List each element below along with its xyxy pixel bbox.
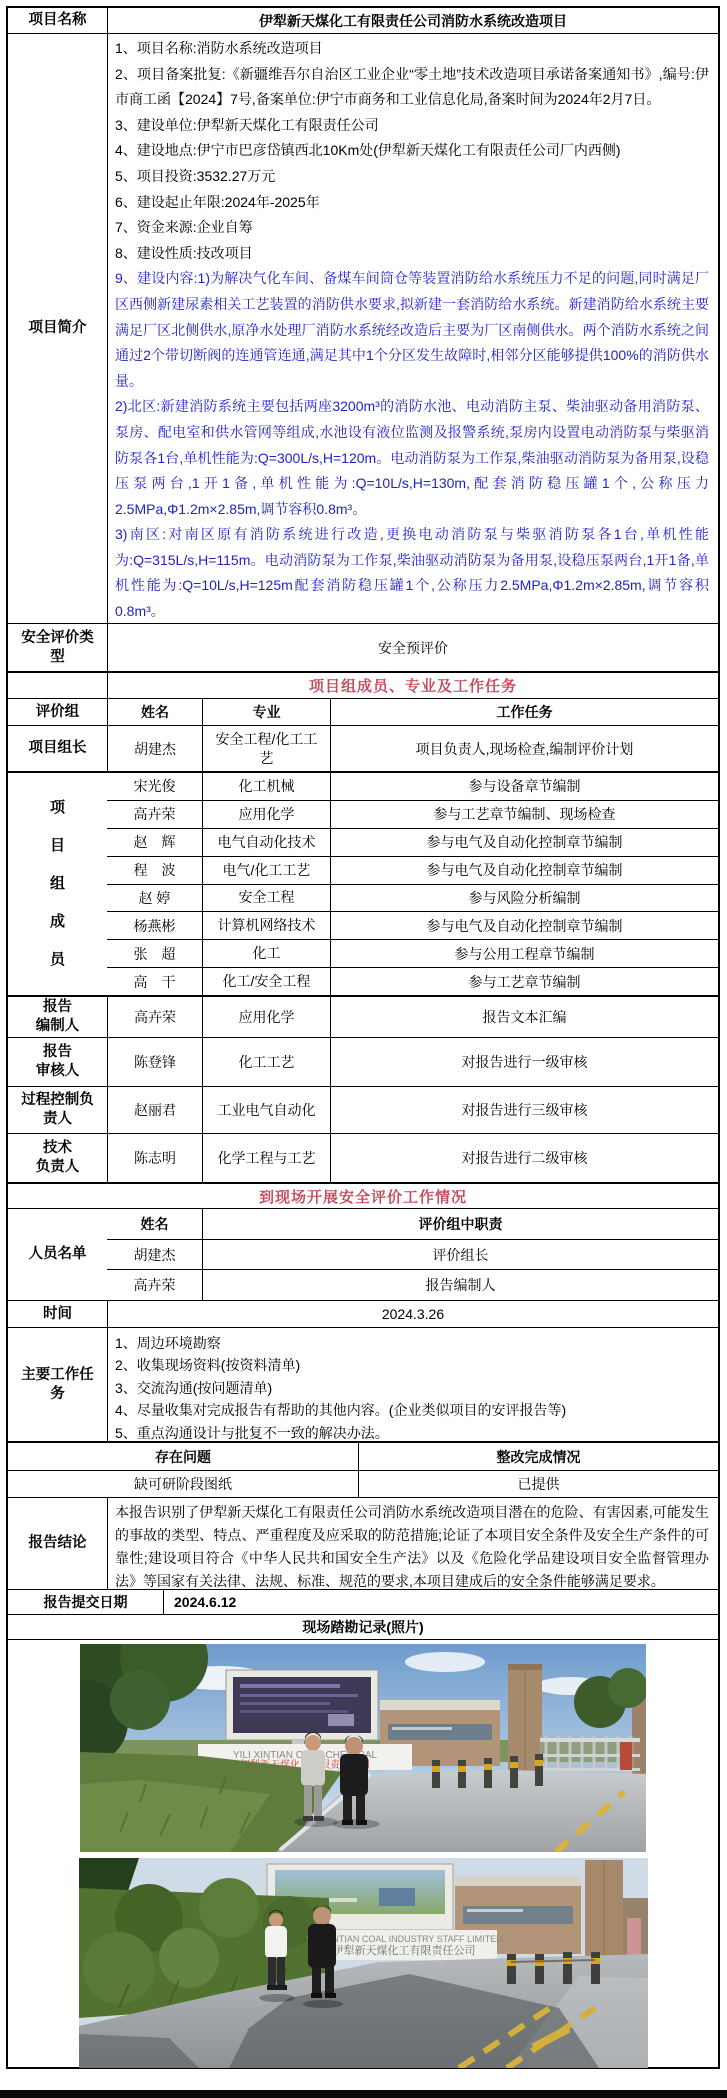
col-name: 姓名 — [107, 699, 202, 725]
row-project-name: 项目名称 伊犁新天煤化工有限责任公司消防水系统改造项目 — [8, 8, 718, 33]
project-intro-label: 项目简介 — [8, 34, 107, 623]
conclusion-text: 本报告识别了伊犁新天煤化工有限责任公司消防水系统改造项目潜在的危险、有害因素,可… — [107, 1498, 718, 1589]
intro-item-north-zone: 2)北区:新建消防系统主要包括两座3200m³的消防水池、电动消防主泵、柴油驱动… — [115, 394, 709, 522]
intro-item: 5、项目投资:3532.27万元 — [115, 164, 709, 190]
row-eval-type: 安全评价类 型 安全预评价 — [8, 623, 718, 671]
row-personnel: 人员名单 姓名 评价组中职责 胡建杰 评价组长 高卉荣 报告编制人 — [8, 1208, 718, 1300]
reviewer-label: 报告 审核人 — [8, 1038, 107, 1086]
issue-value: 缺可研阶段图纸 — [8, 1471, 358, 1497]
intro-item: 2、项目备案批复:《新疆维吾尔自治区工业企业“零土地”技术改造项目承诺备案通知书… — [115, 62, 709, 113]
table-row: 张 超化工参与公用工程章节编制 — [107, 939, 718, 967]
main-tasks-label: 主要工作任 务 — [8, 1328, 107, 1441]
table-row: 高 干化工/安全工程参与工艺章节编制 — [107, 967, 718, 995]
reviewer-name: 陈登锋 — [107, 1038, 202, 1086]
member-major: 化工/安全工程 — [202, 968, 330, 995]
personnel-label: 人员名单 — [8, 1209, 107, 1300]
eval-type-label: 安全评价类 型 — [8, 624, 107, 671]
table-row: 赵 辉电气自动化技术参与电气及自动化控制章节编制 — [107, 828, 718, 856]
table-row: 杨燕彬计算机网络技术参与电气及自动化控制章节编制 — [107, 911, 718, 939]
rectify-value: 已提供 — [358, 1471, 718, 1497]
row-submit-date: 报告提交日期 2024.6.12 — [8, 1589, 718, 1614]
process-controller-name: 赵丽君 — [107, 1087, 202, 1133]
site-visit-header: 到现场开展安全评价工作情况 — [8, 1184, 718, 1208]
intro-item: 6、建设起止年限:2024年-2025年 — [115, 190, 709, 216]
team-members-label: 项 目 组 成 员 — [8, 773, 107, 995]
issues-header: 存在问题 — [8, 1443, 358, 1470]
intro-item-construction: 9、建设内容:1)为解决气化车间、备煤车间筒仓等装置消防给水系统压力不足的问题,… — [115, 266, 709, 394]
project-name-label: 项目名称 — [8, 8, 107, 33]
col-major: 专业 — [202, 699, 330, 725]
member-name: 高 干 — [107, 968, 202, 995]
task-item: 5、重点沟通设计与批复不一致的解决办法。 — [115, 1422, 710, 1444]
task-item: 3、交流沟通(按问题清单) — [115, 1377, 710, 1399]
photos-header: 现场踏勘记录(照片) — [8, 1615, 718, 1639]
intro-item: 7、资金来源:企业自筹 — [115, 215, 709, 241]
intro-item-south-zone: 3)南区:对南区原有消防系统进行改造,更换电动消防泵与柴驱消防泵各1台,单机性能… — [115, 522, 709, 623]
team-section-spacer — [8, 673, 107, 698]
intro-item: 8、建设性质:技改项目 — [115, 241, 709, 267]
project-intro-text: 1、项目名称:消防水系统改造项目 2、项目备案批复:《新疆维吾尔自治区工业企业“… — [107, 34, 718, 623]
tech-lead-task: 对报告进行二级审核 — [330, 1134, 718, 1182]
member-task: 参与风险分析编制 — [330, 885, 718, 912]
tech-lead-major: 化学工程与工艺 — [202, 1134, 330, 1182]
table-row: 程 波电气/化工工艺参与电气及自动化控制章节编制 — [107, 856, 718, 884]
site-photo-1: YILI XINTIAN COAL CHEMICAL 伊犁新天煤化工有限责任公司 — [80, 1644, 646, 1852]
col-group: 评价组 — [8, 699, 107, 725]
team-members-rows: 宋光俊化工机械参与设备章节编制 高卉荣应用化学参与工艺章节编制、现场检查 赵 辉… — [107, 773, 718, 995]
table-row: 高卉荣 报告编制人 — [107, 1269, 718, 1300]
row-site-visit-header: 到现场开展安全评价工作情况 — [8, 1182, 718, 1208]
task-item: 2、收集现场资料(按资料清单) — [115, 1354, 710, 1376]
intro-item: 1、项目名称:消防水系统改造项目 — [115, 36, 709, 62]
personnel-name: 胡建杰 — [107, 1240, 202, 1270]
member-name: 赵 辉 — [107, 829, 202, 856]
table-row: 胡建杰 评价组长 — [107, 1239, 718, 1270]
eval-type-value: 安全预评价 — [107, 624, 718, 671]
table-row: 高卉荣应用化学参与工艺章节编制、现场检查 — [107, 800, 718, 828]
member-task: 参与工艺章节编制、现场检查 — [330, 801, 718, 828]
row-photos-header: 现场踏勘记录(照片) — [8, 1614, 718, 1639]
table-row: 赵 婷安全工程参与风险分析编制 — [107, 884, 718, 912]
intro-item: 4、建设地点:伊宁市巴彦岱镇西北10Km处(伊犁新天煤化工有限责任公司厂内西侧) — [115, 138, 709, 164]
member-major: 安全工程 — [202, 885, 330, 912]
bottom-edge-bar — [0, 2090, 727, 2098]
row-conclusion: 报告结论 本报告识别了伊犁新天煤化工有限责任公司消防水系统改造项目潜在的危险、有… — [8, 1497, 718, 1589]
member-task: 参与电气及自动化控制章节编制 — [330, 857, 718, 884]
main-tasks-list: 1、周边环境勘察 2、收集现场资料(按资料清单) 3、交流沟通(按问题清单) 4… — [107, 1328, 718, 1441]
member-task: 参与公用工程章节编制 — [330, 940, 718, 967]
row-photos: YILI XINTIAN COAL CHEMICAL 伊犁新天煤化工有限责任公司 — [8, 1639, 718, 2067]
row-process-controller: 过程控制负 责人 赵丽君 工业电气自动化 对报告进行三级审核 — [8, 1086, 718, 1133]
personnel-columns: 姓名 评价组中职责 — [107, 1209, 718, 1239]
compiler-major: 应用化学 — [202, 997, 330, 1037]
time-value: 2024.3.26 — [107, 1301, 718, 1327]
col-personnel-duty: 评价组中职责 — [202, 1209, 718, 1239]
member-major: 应用化学 — [202, 801, 330, 828]
task-item: 4、尽量收集对完成报告有帮助的其他内容。(企业类似项目的安评报告等) — [115, 1399, 710, 1421]
project-name-value: 伊犁新天煤化工有限责任公司消防水系统改造项目 — [107, 8, 718, 33]
compiler-label: 报告 编制人 — [8, 997, 107, 1037]
row-report-reviewer: 报告 审核人 陈登锋 化工工艺 对报告进行一级审核 — [8, 1037, 718, 1086]
row-issues-header: 存在问题 整改完成情况 — [8, 1441, 718, 1470]
reviewer-task: 对报告进行一级审核 — [330, 1038, 718, 1086]
compiler-task: 报告文本汇编 — [330, 997, 718, 1037]
row-team-section-header: 项目组成员、专业及工作任务 — [8, 671, 718, 698]
intro-item: 3、建设单位:伊犁新天煤化工有限责任公司 — [115, 113, 709, 139]
personnel-name: 高卉荣 — [107, 1270, 202, 1300]
reviewer-major: 化工工艺 — [202, 1038, 330, 1086]
photos-area: YILI XINTIAN COAL CHEMICAL 伊犁新天煤化工有限责任公司 — [8, 1640, 718, 2067]
task-item: 1、周边环境勘察 — [115, 1332, 710, 1354]
member-name: 高卉荣 — [107, 801, 202, 828]
row-team-members: 项 目 组 成 员 宋光俊化工机械参与设备章节编制 高卉荣应用化学参与工艺章节编… — [8, 771, 718, 995]
col-task: 工作任务 — [330, 699, 718, 725]
row-report-compiler: 报告 编制人 高卉荣 应用化学 报告文本汇编 — [8, 995, 718, 1037]
submit-date-value: 2024.6.12 — [163, 1590, 718, 1614]
row-team-columns: 评价组 姓名 专业 工作任务 — [8, 698, 718, 725]
personnel-duty: 评价组长 — [202, 1240, 718, 1270]
table-row: 宋光俊化工机械参与设备章节编制 — [107, 773, 718, 800]
member-major: 计算机网络技术 — [202, 912, 330, 939]
member-name: 杨燕彬 — [107, 912, 202, 939]
personnel-duty: 报告编制人 — [202, 1270, 718, 1300]
report-table: 项目名称 伊犁新天煤化工有限责任公司消防水系统改造项目 项目简介 1、项目名称:… — [6, 6, 720, 2069]
tech-lead-label: 技术 负责人 — [8, 1134, 107, 1182]
team-leader-major: 安全工程/化工工 艺 — [202, 726, 330, 771]
member-major: 化工 — [202, 940, 330, 967]
process-controller-major: 工业电气自动化 — [202, 1087, 330, 1133]
row-tech-lead: 技术 负责人 陈志明 化学工程与工艺 对报告进行二级审核 — [8, 1133, 718, 1182]
row-issues-values: 缺可研阶段图纸 已提供 — [8, 1470, 718, 1497]
rectify-header: 整改完成情况 — [358, 1443, 718, 1470]
site-photo-2: YILI XINTIAN COAL INDUSTRY STAFF LIMITED… — [79, 1858, 648, 2068]
time-label: 时间 — [8, 1301, 107, 1327]
col-personnel-name: 姓名 — [107, 1209, 202, 1239]
row-time: 时间 2024.3.26 — [8, 1300, 718, 1327]
team-leader-name: 胡建杰 — [107, 726, 202, 771]
row-team-leader: 项目组长 胡建杰 安全工程/化工工 艺 项目负责人,现场检查,编制评价计划 — [8, 725, 718, 771]
member-major: 电气/化工工艺 — [202, 857, 330, 884]
svg-text:伊犁新天煤化工有限责任公司: 伊犁新天煤化工有限责任公司 — [332, 1943, 475, 1957]
conclusion-label: 报告结论 — [8, 1498, 107, 1589]
team-section-header: 项目组成员、专业及工作任务 — [107, 673, 718, 698]
team-leader-label: 项目组长 — [8, 726, 107, 771]
member-major: 化工机械 — [202, 773, 330, 800]
process-controller-label: 过程控制负 责人 — [8, 1087, 107, 1133]
member-major: 电气自动化技术 — [202, 829, 330, 856]
member-name: 赵 婷 — [107, 885, 202, 912]
row-project-intro: 项目简介 1、项目名称:消防水系统改造项目 2、项目备案批复:《新疆维吾尔自治区… — [8, 33, 718, 623]
member-task: 参与电气及自动化控制章节编制 — [330, 829, 718, 856]
process-controller-task: 对报告进行三级审核 — [330, 1087, 718, 1133]
compiler-name: 高卉荣 — [107, 997, 202, 1037]
member-task: 参与设备章节编制 — [330, 773, 718, 800]
submit-date-label: 报告提交日期 — [8, 1590, 163, 1614]
member-name: 程 波 — [107, 857, 202, 884]
member-name: 张 超 — [107, 940, 202, 967]
personnel-rows: 姓名 评价组中职责 胡建杰 评价组长 高卉荣 报告编制人 — [107, 1209, 718, 1300]
member-task: 参与电气及自动化控制章节编制 — [330, 912, 718, 939]
tech-lead-name: 陈志明 — [107, 1134, 202, 1182]
row-main-tasks: 主要工作任 务 1、周边环境勘察 2、收集现场资料(按资料清单) 3、交流沟通(… — [8, 1327, 718, 1441]
member-name: 宋光俊 — [107, 773, 202, 800]
member-task: 参与工艺章节编制 — [330, 968, 718, 995]
team-leader-task: 项目负责人,现场检查,编制评价计划 — [330, 726, 718, 771]
